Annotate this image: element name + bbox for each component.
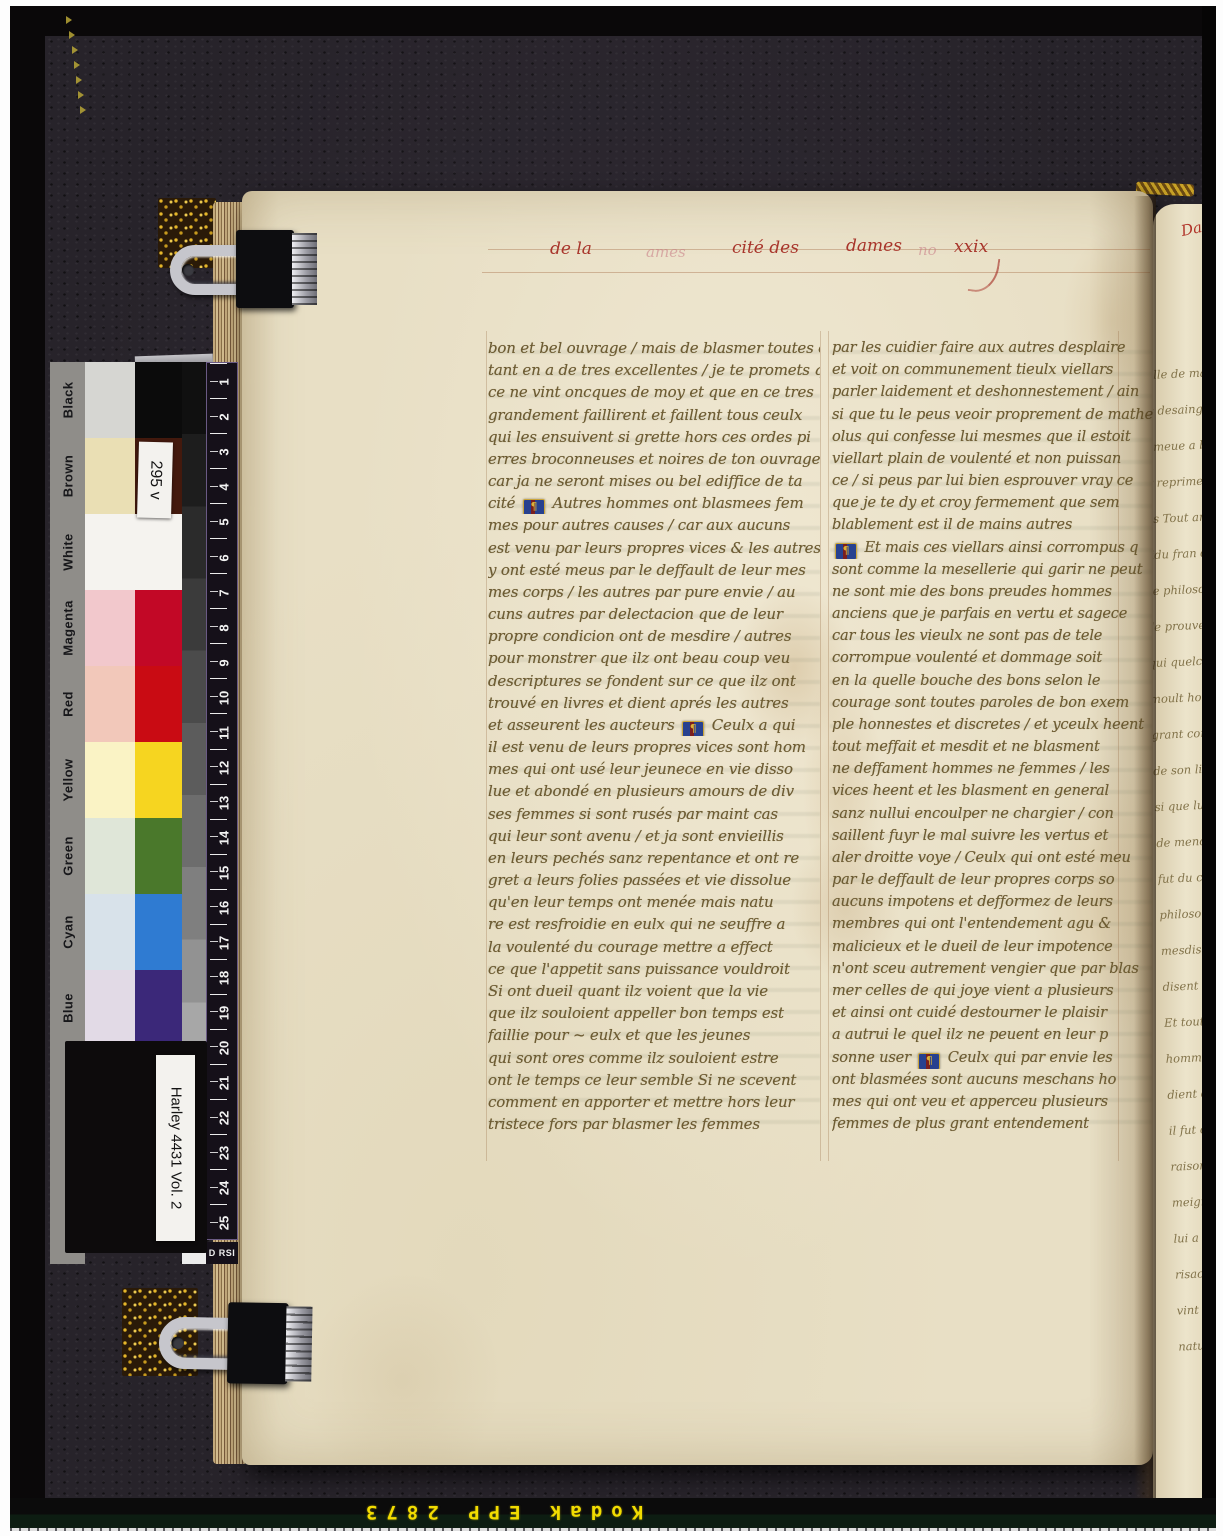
manuscript-line: a autrui le quel ilz ne peuent en leur p bbox=[832, 1024, 1154, 1046]
chart-row-label: Brown bbox=[50, 438, 85, 514]
color-patch-saturated bbox=[135, 666, 182, 742]
ruler-unit: 17 bbox=[207, 924, 237, 959]
ruler-unit: 10 bbox=[207, 678, 237, 713]
ruler-tick bbox=[210, 924, 227, 925]
chart-row-label: Yellow bbox=[50, 742, 85, 818]
ruler-unit: 1 bbox=[207, 363, 237, 398]
chart-row: Red bbox=[85, 666, 182, 742]
manuscript-line: ce que l'appetit sans puissance vouldroi… bbox=[488, 958, 820, 980]
film-frame: de la ames cité des dames no xxix bon et… bbox=[10, 6, 1216, 1528]
color-patch-pale bbox=[85, 514, 135, 590]
paraph-mark: ¶ bbox=[523, 499, 545, 514]
manuscript-line: viellart plain de voulenté et non puissa… bbox=[832, 448, 1154, 470]
manuscript-line: sanz nullui encoulper ne chargier / con bbox=[832, 803, 1154, 825]
running-title-showthrough: ames bbox=[646, 243, 686, 261]
manuscript-line: ple honnestes et discretes / et yceulx h… bbox=[832, 714, 1154, 736]
ruler-unit: 16 bbox=[207, 889, 237, 924]
running-title-segment: cité des bbox=[732, 238, 799, 258]
ruler-unit: 23 bbox=[207, 1134, 237, 1169]
ruler-tick bbox=[210, 784, 227, 785]
ruler-tick bbox=[210, 713, 227, 714]
ruler-unit: 3 bbox=[207, 433, 237, 468]
manuscript-line: propre condicion ont de mesdire / autres bbox=[488, 625, 820, 647]
chart-row: Green bbox=[85, 818, 182, 894]
manuscript-line: la voulenté du courage mettre a effect bbox=[488, 936, 820, 958]
manuscript-line: que ilz souloient appeller bon temps est bbox=[488, 1002, 820, 1024]
chart-row: White bbox=[85, 514, 182, 590]
manuscript-line: par le deffault de leur propres corps so bbox=[832, 869, 1154, 891]
color-patch-saturated bbox=[135, 362, 182, 438]
ruler-tick bbox=[210, 1204, 227, 1205]
ruler-tick bbox=[210, 538, 227, 539]
color-patch-saturated bbox=[135, 970, 182, 1046]
color-patch-saturated bbox=[135, 894, 182, 970]
film-edge-marks bbox=[60, 14, 100, 124]
manuscript-line: re est resfroidie en eulx qui ne seuffre… bbox=[488, 913, 820, 935]
manuscript-line: lue et abondé en plusieurs amours de div bbox=[488, 780, 820, 802]
manuscript-line: qui les ensuivent si grette hors ces ord… bbox=[488, 426, 820, 448]
chart-row: Magenta bbox=[85, 590, 182, 666]
text-column-left: bon et bel ouvrage / mais de blasmer tou… bbox=[488, 337, 820, 1137]
folio-number-roman: xxix bbox=[954, 237, 988, 257]
manuscript-line: car ja ne seront mises ou bel ediffice d… bbox=[488, 470, 820, 492]
manuscript-line: et asseurent les aucteurs ¶ Ceulx a qui bbox=[488, 714, 820, 736]
ruler-unit: 9 bbox=[207, 643, 237, 678]
paraph-mark: ¶ bbox=[835, 543, 857, 559]
color-patch-pale bbox=[85, 894, 135, 970]
ruler-unit: 19 bbox=[207, 994, 237, 1029]
chart-row: Cyan bbox=[85, 894, 182, 970]
manuscript-line: aucuns impotens et defformez de leurs bbox=[832, 891, 1154, 913]
manuscript-line: si que tu le peus veoir proprement de ma… bbox=[832, 404, 1154, 426]
ruler-unit: 5 bbox=[207, 503, 237, 538]
manuscript-line: corrompue voulenté et dommage soit bbox=[832, 647, 1154, 669]
binder-clip-bottom bbox=[158, 1301, 318, 1389]
manuscript-line: grandement faillirent et faillent tous c… bbox=[488, 404, 820, 426]
manuscript-line: sont comme la mesellerie qui garir ne pe… bbox=[832, 559, 1154, 581]
clip-body bbox=[236, 230, 294, 308]
ruler-end-label: D RSI bbox=[206, 1242, 238, 1264]
color-patch-pale bbox=[85, 742, 135, 818]
manuscript-line: pour monstrer que ilz ont beau coup veu bbox=[488, 647, 820, 669]
manuscript-line: mes corps / les autres par pure envie / … bbox=[488, 581, 820, 603]
color-patch-saturated bbox=[135, 590, 182, 666]
ruler-unit: 14 bbox=[207, 819, 237, 854]
scan-edge-band bbox=[10, 1528, 1216, 1536]
manuscript-line: il est venu de leurs propres vices sont … bbox=[488, 736, 820, 758]
chart-row-label: Black bbox=[50, 362, 85, 438]
manuscript-line: ¶ Et mais ces viellars ainsi corrompus q bbox=[832, 537, 1154, 559]
color-patch-pale bbox=[85, 818, 135, 894]
ruler-unit: 22 bbox=[207, 1099, 237, 1134]
ruler-unit: 2 bbox=[207, 398, 237, 433]
manuscript-line: en leurs pechés sanz repentance et ont r… bbox=[488, 847, 820, 869]
running-title-showthrough: no bbox=[918, 241, 937, 259]
manuscript-line: malicieux et le dueil de leur impotence bbox=[832, 936, 1154, 958]
manuscript-line: tout meffait et mesdit et ne blasment bbox=[832, 736, 1154, 758]
folio-sticker: 295 v bbox=[137, 442, 173, 519]
manuscript-line: ne sont mie des bons preudes hommes bbox=[832, 581, 1154, 603]
manuscript-line: cuns autres par delectacion que de leur bbox=[488, 603, 820, 625]
manuscript-line: par les cuidier faire aux autres desplai… bbox=[832, 337, 1154, 359]
manuscript-line: mes pour autres causes / car aux aucuns bbox=[488, 514, 820, 536]
manuscript-line: ont blasmées sont aucuns meschans ho bbox=[832, 1069, 1154, 1091]
ruler-tick bbox=[210, 994, 227, 995]
manuscript-line: cité ¶ Autres hommes ont blasmees fem bbox=[488, 492, 820, 514]
manuscript-line: est venu par leurs propres vices & les a… bbox=[488, 537, 820, 559]
manuscript-line: faillie pour ~ eulx et que les jeunes bbox=[488, 1024, 820, 1046]
manuscript-page-295v: de la ames cité des dames no xxix bon et… bbox=[242, 191, 1153, 1465]
ruler-unit: 20 bbox=[207, 1029, 237, 1064]
manuscript-line: bon et bel ouvrage / mais de blasmer tou… bbox=[488, 337, 820, 359]
text-column-right: par les cuidier faire aux autres desplai… bbox=[832, 337, 1154, 1137]
chart-row-label: Magenta bbox=[50, 590, 85, 666]
ruler-tick bbox=[210, 573, 227, 574]
manuscript-line: descriptures se fondent sur ce que ilz o… bbox=[488, 670, 820, 692]
header-ruling-line bbox=[482, 272, 1150, 273]
manuscript-line: saillent fuyr le mal suivre les vertus e… bbox=[832, 825, 1154, 847]
ruler-tick bbox=[210, 1064, 227, 1065]
manuscript-line: ont le temps ce leur semble Si ne sceven… bbox=[488, 1069, 820, 1091]
ruler-tick bbox=[210, 678, 227, 679]
column-ruling bbox=[486, 331, 487, 1161]
manuscript-line: Si ont dueil quant ilz voient que la vie bbox=[488, 980, 820, 1002]
manuscript-line: blablement est il de mains autres bbox=[832, 514, 1154, 536]
color-patch-pale bbox=[85, 362, 135, 438]
manuscript-line: n'ont sceu autrement vengier que par bla… bbox=[832, 958, 1154, 980]
manuscript-line: olus qui confesse lui mesmes que il esto… bbox=[832, 426, 1154, 448]
color-patch-pale bbox=[85, 970, 135, 1046]
ruler-tick bbox=[210, 433, 227, 434]
black-card: Harley 4431 Vol. 2 bbox=[65, 1041, 207, 1253]
film-rebate: Kodak EPP 2873 bbox=[10, 1498, 1216, 1528]
manuscript-line: anciens que je parfais en vertu et sagec… bbox=[832, 603, 1154, 625]
ruler-unit: 6 bbox=[207, 538, 237, 573]
manuscript-line: que je te dy et croy fermement que sem bbox=[832, 492, 1154, 514]
rubric-flourish bbox=[968, 255, 1001, 295]
ruler-unit: 24 bbox=[207, 1169, 237, 1204]
chart-row-label: Red bbox=[50, 666, 85, 742]
manuscript-line: courage sont toutes paroles de bon exem bbox=[832, 692, 1154, 714]
manuscript-line: et voit on communement tieulx viellars bbox=[832, 359, 1154, 381]
running-title-segment: de la bbox=[550, 239, 592, 259]
gutter-shadow bbox=[1134, 196, 1156, 1501]
chart-row: Yellow bbox=[85, 742, 182, 818]
manuscript-line: gret a leurs folies passées et vie disso… bbox=[488, 869, 820, 891]
color-patch-pale bbox=[85, 590, 135, 666]
manuscript-line: parler laidement et deshonnestement / ai… bbox=[832, 381, 1154, 403]
column-ruling bbox=[828, 331, 829, 1161]
ruler-unit: 13 bbox=[207, 784, 237, 819]
ruler-tick bbox=[210, 749, 227, 750]
shelfmark-sticker: Harley 4431 Vol. 2 bbox=[156, 1055, 195, 1241]
manuscript-line: mes qui ont usé leur jeunece en vie diss… bbox=[488, 758, 820, 780]
ruler-unit: 21 bbox=[207, 1064, 237, 1099]
color-calibration-strip: Black Brown White bbox=[50, 362, 238, 1264]
color-patch-saturated bbox=[135, 514, 182, 590]
ruler-unit: 25 bbox=[207, 1204, 237, 1239]
clip-spring-bar bbox=[292, 233, 317, 305]
chart-row-label: White bbox=[50, 514, 85, 590]
manuscript-line: erres broconneuses et noires de ton ouvr… bbox=[488, 448, 820, 470]
manuscript-line: tristece fors par blasmer les femmes bbox=[488, 1113, 820, 1135]
manuscript-line: mes qui ont veu et apperceu plusieurs bbox=[832, 1091, 1154, 1113]
chart-row: Blue bbox=[85, 970, 182, 1046]
manuscript-line: en la quelle bouche des bons selon le bbox=[832, 670, 1154, 692]
manuscript-line: mer celles de qui joye vient a plusieurs bbox=[832, 980, 1154, 1002]
running-title-segment: dames bbox=[846, 236, 902, 256]
ruler-tick bbox=[210, 468, 227, 469]
ruler-tick bbox=[210, 643, 227, 644]
color-patch-pale bbox=[85, 666, 135, 742]
manuscript-line: trouvé en livres et dient aprés les autr… bbox=[488, 692, 820, 714]
ruler-tick bbox=[210, 889, 227, 890]
manuscript-line: aler droitte voye / Ceulx qui ont esté m… bbox=[832, 847, 1154, 869]
parchment-stain bbox=[302, 1271, 502, 1491]
manuscript-line: membres qui ont l'entendement agu & bbox=[832, 913, 1154, 935]
clip-body bbox=[227, 1302, 289, 1384]
film-brand-text: Kodak EPP 2873 bbox=[270, 1501, 730, 1523]
column-ruling bbox=[820, 331, 821, 1161]
ruler-tick bbox=[210, 1134, 227, 1135]
ruler-unit: 11 bbox=[207, 713, 237, 748]
ruler-tick bbox=[210, 1169, 227, 1170]
binder-clip-top bbox=[170, 230, 322, 312]
color-patch-saturated bbox=[135, 742, 182, 818]
ruler-unit: 12 bbox=[207, 749, 237, 784]
manuscript-line: et ainsi ont cuidé destourner le plaisir bbox=[832, 1002, 1154, 1024]
ruler-unit: 18 bbox=[207, 959, 237, 994]
manuscript-line: y ont esté meus par le deffault de leur … bbox=[488, 559, 820, 581]
ruler-unit: 8 bbox=[207, 608, 237, 643]
ruler-tick bbox=[210, 819, 227, 820]
chart-row: Black bbox=[85, 362, 182, 438]
paraph-mark: ¶ bbox=[918, 1053, 940, 1069]
manuscript-photograph: de la ames cité des dames no xxix bon et… bbox=[0, 0, 1223, 1536]
manuscript-line: vices heent et les blasment en general bbox=[832, 780, 1154, 802]
chart-row-label: Blue bbox=[50, 970, 85, 1046]
film-right-edge bbox=[1202, 6, 1216, 1528]
manuscript-line: qui leur sont avenu / et ja sont envieil… bbox=[488, 825, 820, 847]
manuscript-line: qui sont ores comme ilz souloient estre bbox=[488, 1047, 820, 1069]
color-patch-saturated bbox=[135, 818, 182, 894]
ruler-tick bbox=[210, 854, 227, 855]
ruler-tick bbox=[210, 1029, 227, 1030]
manuscript-line: comment en apporter et mettre hors leur bbox=[488, 1091, 820, 1113]
ruler-tick bbox=[210, 363, 227, 364]
ruler-tick bbox=[210, 959, 227, 960]
ruler-tick bbox=[210, 608, 227, 609]
ruler-tick bbox=[210, 1099, 227, 1100]
manuscript-line: ne deffament hommes ne femmes / les bbox=[832, 758, 1154, 780]
ruler-tick bbox=[210, 398, 227, 399]
ruler-tick bbox=[210, 503, 227, 504]
color-patch-pale bbox=[85, 438, 135, 514]
ruler-scale: 1 2 3 4 bbox=[206, 362, 238, 1240]
manuscript-line: ce / si peus par lui bien esprouver vray… bbox=[832, 470, 1154, 492]
manuscript-line: femmes de plus grant entendement bbox=[832, 1113, 1154, 1135]
ruler-unit: 4 bbox=[207, 468, 237, 503]
clip-spring-bar bbox=[285, 1306, 312, 1381]
ruler-unit: 15 bbox=[207, 854, 237, 889]
ruler-unit: 7 bbox=[207, 573, 237, 608]
manuscript-line: qu'en leur temps ont menée mais natu bbox=[488, 891, 820, 913]
manuscript-line: ses femmes si sont rusés par maint cas bbox=[488, 803, 820, 825]
chart-row-label: Cyan bbox=[50, 894, 85, 970]
manuscript-line: tant en a de tres excellentes / je te pr… bbox=[488, 359, 820, 381]
manuscript-line: sonne user ¶ Ceulx qui par envie les bbox=[832, 1047, 1154, 1069]
chart-row-label: Green bbox=[50, 818, 85, 894]
manuscript-line: car tous les vieulx ne sont pas de tele bbox=[832, 625, 1154, 647]
facing-running-title: Da bbox=[1179, 218, 1203, 240]
manuscript-line: ce ne vint oncques de moy et que en ce t… bbox=[488, 381, 820, 403]
paraph-mark: ¶ bbox=[682, 721, 704, 736]
